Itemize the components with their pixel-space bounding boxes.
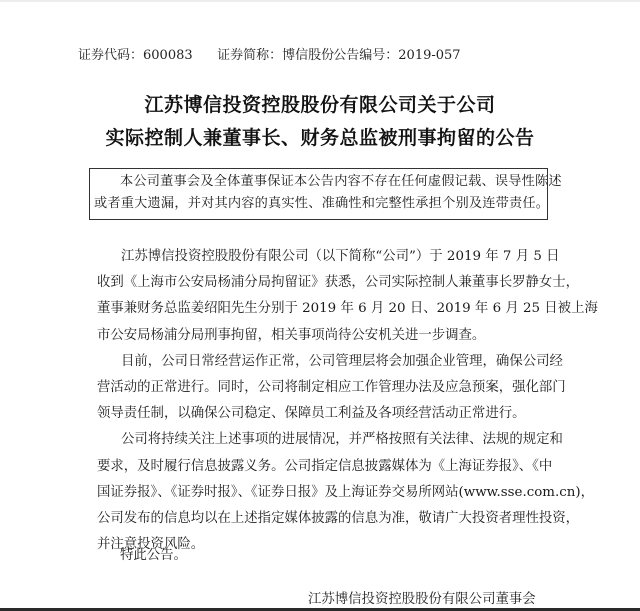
text-line: 江苏博信投资控股股份有限公司（以下简称“公司”）于 2019 年 7 月 5 日 — [97, 244, 557, 270]
text-line: 公司将持续关注上述事项的进展情况，并严格按照有关法律、法规的规定和 — [97, 427, 557, 453]
paragraph-disclosure-media: 公司将持续关注上述事项的进展情况，并严格按照有关法律、法规的规定和 要求，及时履… — [97, 427, 557, 558]
stock-code: 证券代码：600083 — [78, 44, 213, 63]
text-line: 要求，及时履行信息披露义务。公司指定信息披露媒体为《上海证券报》、《中 — [97, 454, 557, 480]
announcement-number: 公告编号：2019-057 — [333, 44, 460, 63]
notice-line-1: 本公司董事会及全体董事保证本公告内容不存在任何虚假记载、误导性陈述 — [94, 171, 543, 193]
closing-statement: 特此公告。 — [120, 544, 187, 563]
text-line: 公司发布的信息均以在上述指定媒体披露的信息为准，敬请广大投资者理性投资， — [97, 506, 557, 532]
paragraph-detention-details: 江苏博信投资控股股份有限公司（以下简称“公司”）于 2019 年 7 月 5 日… — [97, 244, 557, 349]
board-guarantee-notice: 本公司董事会及全体董事保证本公告内容不存在任何虚假记载、误导性陈述 或者重大遗漏… — [89, 168, 548, 220]
text-line: 营活动的正常进行。同时，公司将制定相应工作管理办法及应急预案，强化部门 — [97, 375, 557, 401]
text-line: 收到《上海市公安局杨浦分局拘留证》获悉，公司实际控制人兼董事长罗静女士， — [97, 270, 557, 296]
text-line: 国证券报》、《证券时报》、《证券日报》及上海证券交易所网站(www.sse.co… — [97, 480, 557, 506]
title-line-2: 实际控制人兼董事长、财务总监被刑事拘留的公告 — [0, 123, 640, 150]
text-line: 市公安局杨浦分局刑事拘留，相关事项尚待公安机关进一步调查。 — [97, 323, 557, 349]
board-signature: 江苏博信投资控股股份有限公司董事会 — [308, 588, 536, 607]
title-line-1: 江苏博信投资控股股份有限公司关于公司 — [0, 90, 640, 117]
text-line: 董事兼财务总监姜绍阳先生分别于 2019 年 6 月 20 日、2019 年 6… — [97, 296, 557, 322]
top-border — [0, 0, 640, 2]
stock-abbreviation: 证券简称：博信股份 — [217, 44, 329, 63]
notice-line-2: 或者重大遗漏，并对其内容的真实性、准确性和完整性承担个别及连带责任。 — [94, 193, 543, 215]
paragraph-operations-status: 目前，公司日常经营运作正常，公司管理层将会加强企业管理，确保公司经 营活动的正常… — [97, 349, 557, 428]
announcement-header-meta: 证券代码：600083 证券简称：博信股份 公告编号：2019-057 — [78, 44, 461, 63]
text-line: 领导责任制，以确保公司稳定、保障员工利益及各项经营活动正常进行。 — [97, 401, 557, 427]
text-line: 目前，公司日常经营运作正常，公司管理层将会加强企业管理，确保公司经 — [97, 349, 557, 375]
announcement-body: 江苏博信投资控股股份有限公司（以下简称“公司”）于 2019 年 7 月 5 日… — [97, 244, 557, 558]
